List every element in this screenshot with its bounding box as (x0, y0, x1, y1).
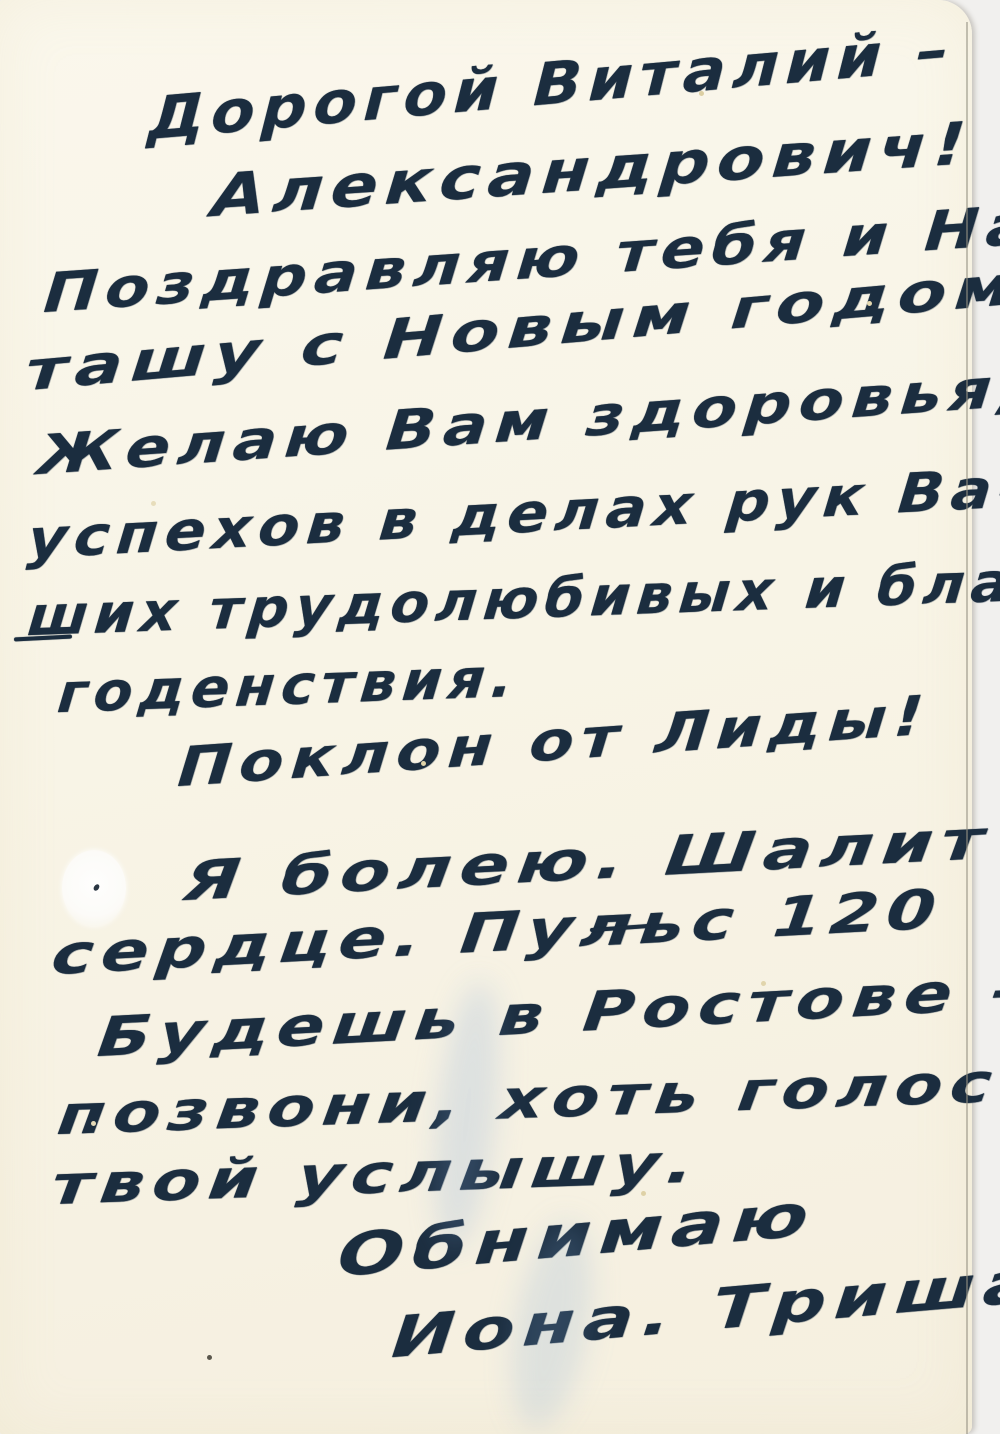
letter-scan-page: { "letter": { "kind": "handwritten lette… (0, 0, 1000, 1434)
paper-specks (0, 0, 3, 3)
paper-edge-shadow (966, 22, 968, 1434)
letter-line-wishes-4: годенствия. (55, 646, 522, 725)
letter-line-request-2: позвони, хоть голос (54, 1051, 1000, 1147)
letter-line-wishes-3: ших трудолюбивых и бла- (25, 549, 1000, 648)
letter-paper: Дорогой Виталий – Александрович! Поздрав… (0, 0, 972, 1434)
